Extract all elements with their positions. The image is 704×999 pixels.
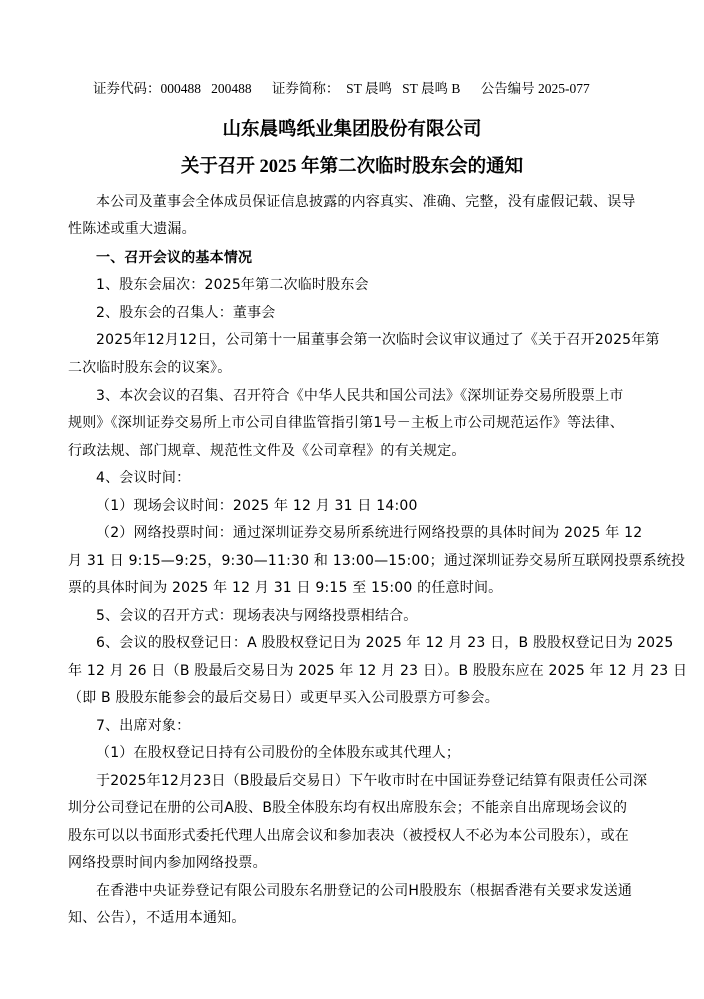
security-code-a: 000488: [161, 81, 202, 96]
security-abbr-a: ST 晨鸣: [346, 81, 392, 96]
board-resolution-line-2: 二次临时股东会的议案》。: [68, 357, 638, 377]
online-voting-time-line-2: 月 31 日 9:15—9:25，9:30—11:30 和 13:00—15:0…: [68, 550, 638, 570]
attendee-detail-line-1: 于2025年12月23日（B股最后交易日）下午收市时在中国证券登记结算有限责任公…: [96, 770, 666, 790]
disclaimer-line-2: 性陈述或重大遗漏。: [68, 218, 638, 238]
attendee-detail-line-4: 网络投票时间内参加网络投票。: [68, 852, 638, 872]
company-name-title: 山东晨鸣纸业集团股份有限公司: [0, 115, 704, 141]
item-6-record-date-line-1: 6、会议的股权登记日：A 股股权登记日为 2025 年 12 月 23 日，B …: [96, 632, 666, 652]
security-info-header: 证券代码：000488 200488 证券简称： ST 晨鸣 ST 晨鸣 B 公…: [93, 77, 653, 97]
attendee-1-shareholders: （1）在股权登记日持有公司股份的全体股东或其代理人；: [96, 742, 666, 762]
disclaimer-line-1: 本公司及董事会全体成员保证信息披露的内容真实、准确、完整，没有虚假记载、误导: [96, 191, 666, 211]
online-voting-time-line-3: 票的具体时间为 2025 年 12 月 31 日 9:15 至 15:00 的任…: [68, 577, 638, 597]
security-code-b: 200488: [211, 81, 252, 96]
item-3-compliance-line-2: 规则》《深圳证券交易所上市公司自律监管指引第1号－主板上市公司规范运作》等法律、: [68, 412, 638, 432]
item-3-compliance-line-1: 3、本次会议的召集、召开符合《中华人民共和国公司法》《深圳证券交易所股票上市: [96, 385, 666, 405]
attendee-detail-line-2: 圳分公司登记在册的公司A股、B股全体股东均有权出席股东会；不能亲自出席现场会议的: [68, 797, 638, 817]
attendee-detail-line-3: 股东可以以书面形式委托代理人出席会议和参加表决（被授权人不必为本公司股东），或在: [68, 825, 638, 845]
item-1-session: 1、股东会届次：2025年第二次临时股东会: [96, 274, 666, 294]
item-3-compliance-line-3: 行政法规、部门规章、规范性文件及《公司章程》的有关规定。: [68, 440, 638, 460]
section-heading-1: 一、召开会议的基本情况: [96, 247, 666, 267]
notice-number: 公告编号 2025-077: [481, 81, 590, 96]
onsite-meeting-time: （1）现场会议时间：2025 年 12 月 31 日 14:00: [96, 495, 666, 515]
item-6-record-date-line-3: （即 B 股股东能参会的最后交易日）或更早买入公司股票方可参会。: [68, 687, 638, 707]
document-page: 证券代码：000488 200488 证券简称： ST 晨鸣 ST 晨鸣 B 公…: [0, 0, 704, 999]
notice-title: 关于召开 2025 年第二次临时股东会的通知: [0, 152, 704, 178]
security-code-label: 证券代码：: [93, 81, 161, 96]
security-abbr-label: 证券简称：: [272, 81, 340, 96]
h-share-note-line-2: 知、公告），不适用本通知。: [68, 907, 638, 927]
board-resolution-line-1: 2025年12月12日，公司第十一届董事会第一次临时会议审议通过了《关于召开20…: [96, 329, 666, 349]
security-abbr-b: ST 晨鸣 B: [402, 81, 460, 96]
item-2-convener: 2、股东会的召集人：董事会: [96, 302, 666, 322]
item-4-meeting-time: 4、会议时间：: [96, 467, 666, 487]
item-5-meeting-method: 5、会议的召开方式：现场表决与网络投票相结合。: [96, 605, 666, 625]
item-7-attendees: 7、出席对象：: [96, 715, 666, 735]
item-6-record-date-line-2: 年 12 月 26 日（B 股最后交易日为 2025 年 12 月 23 日）。…: [68, 660, 638, 680]
h-share-note-line-1: 在香港中央证券登记有限公司股东名册登记的公司H股股东（根据香港有关要求发送通: [96, 880, 666, 900]
online-voting-time-line-1: （2）网络投票时间：通过深圳证券交易所系统进行网络投票的具体时间为 2025 年…: [96, 522, 666, 542]
